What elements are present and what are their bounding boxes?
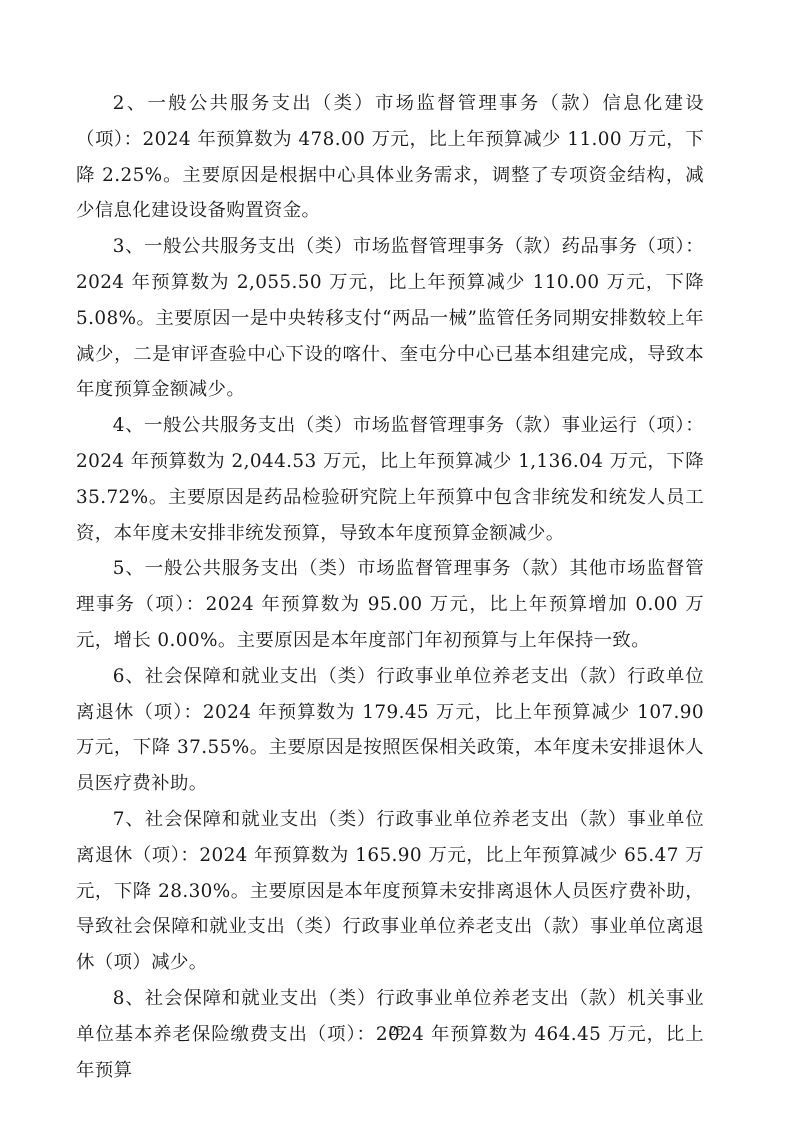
paragraph-item-6: 6、社会保障和就业支出（类）行政事业单位养老支出（款）行政单位离退休（项）：20… [76,659,704,802]
paragraph-item-3: 3、一般公共服务支出（类）市场监督管理事务（款）药品事务（项）：2024 年预算… [76,229,704,408]
page-number: 25 [0,1024,793,1040]
document-body: 2、一般公共服务支出（类）市场监督管理事务（款）信息化建设（项）：2024 年预… [76,86,704,1088]
paragraph-item-7: 7、社会保障和就业支出（类）行政事业单位养老支出（款）事业单位离退休（项）：20… [76,802,704,981]
paragraph-item-5: 5、一般公共服务支出（类）市场监督管理事务（款）其他市场监督管理事务（项）：20… [76,551,704,658]
paragraph-item-4: 4、一般公共服务支出（类）市场监督管理事务（款）事业运行（项）：2024 年预算… [76,408,704,551]
paragraph-item-2: 2、一般公共服务支出（类）市场监督管理事务（款）信息化建设（项）：2024 年预… [76,86,704,229]
